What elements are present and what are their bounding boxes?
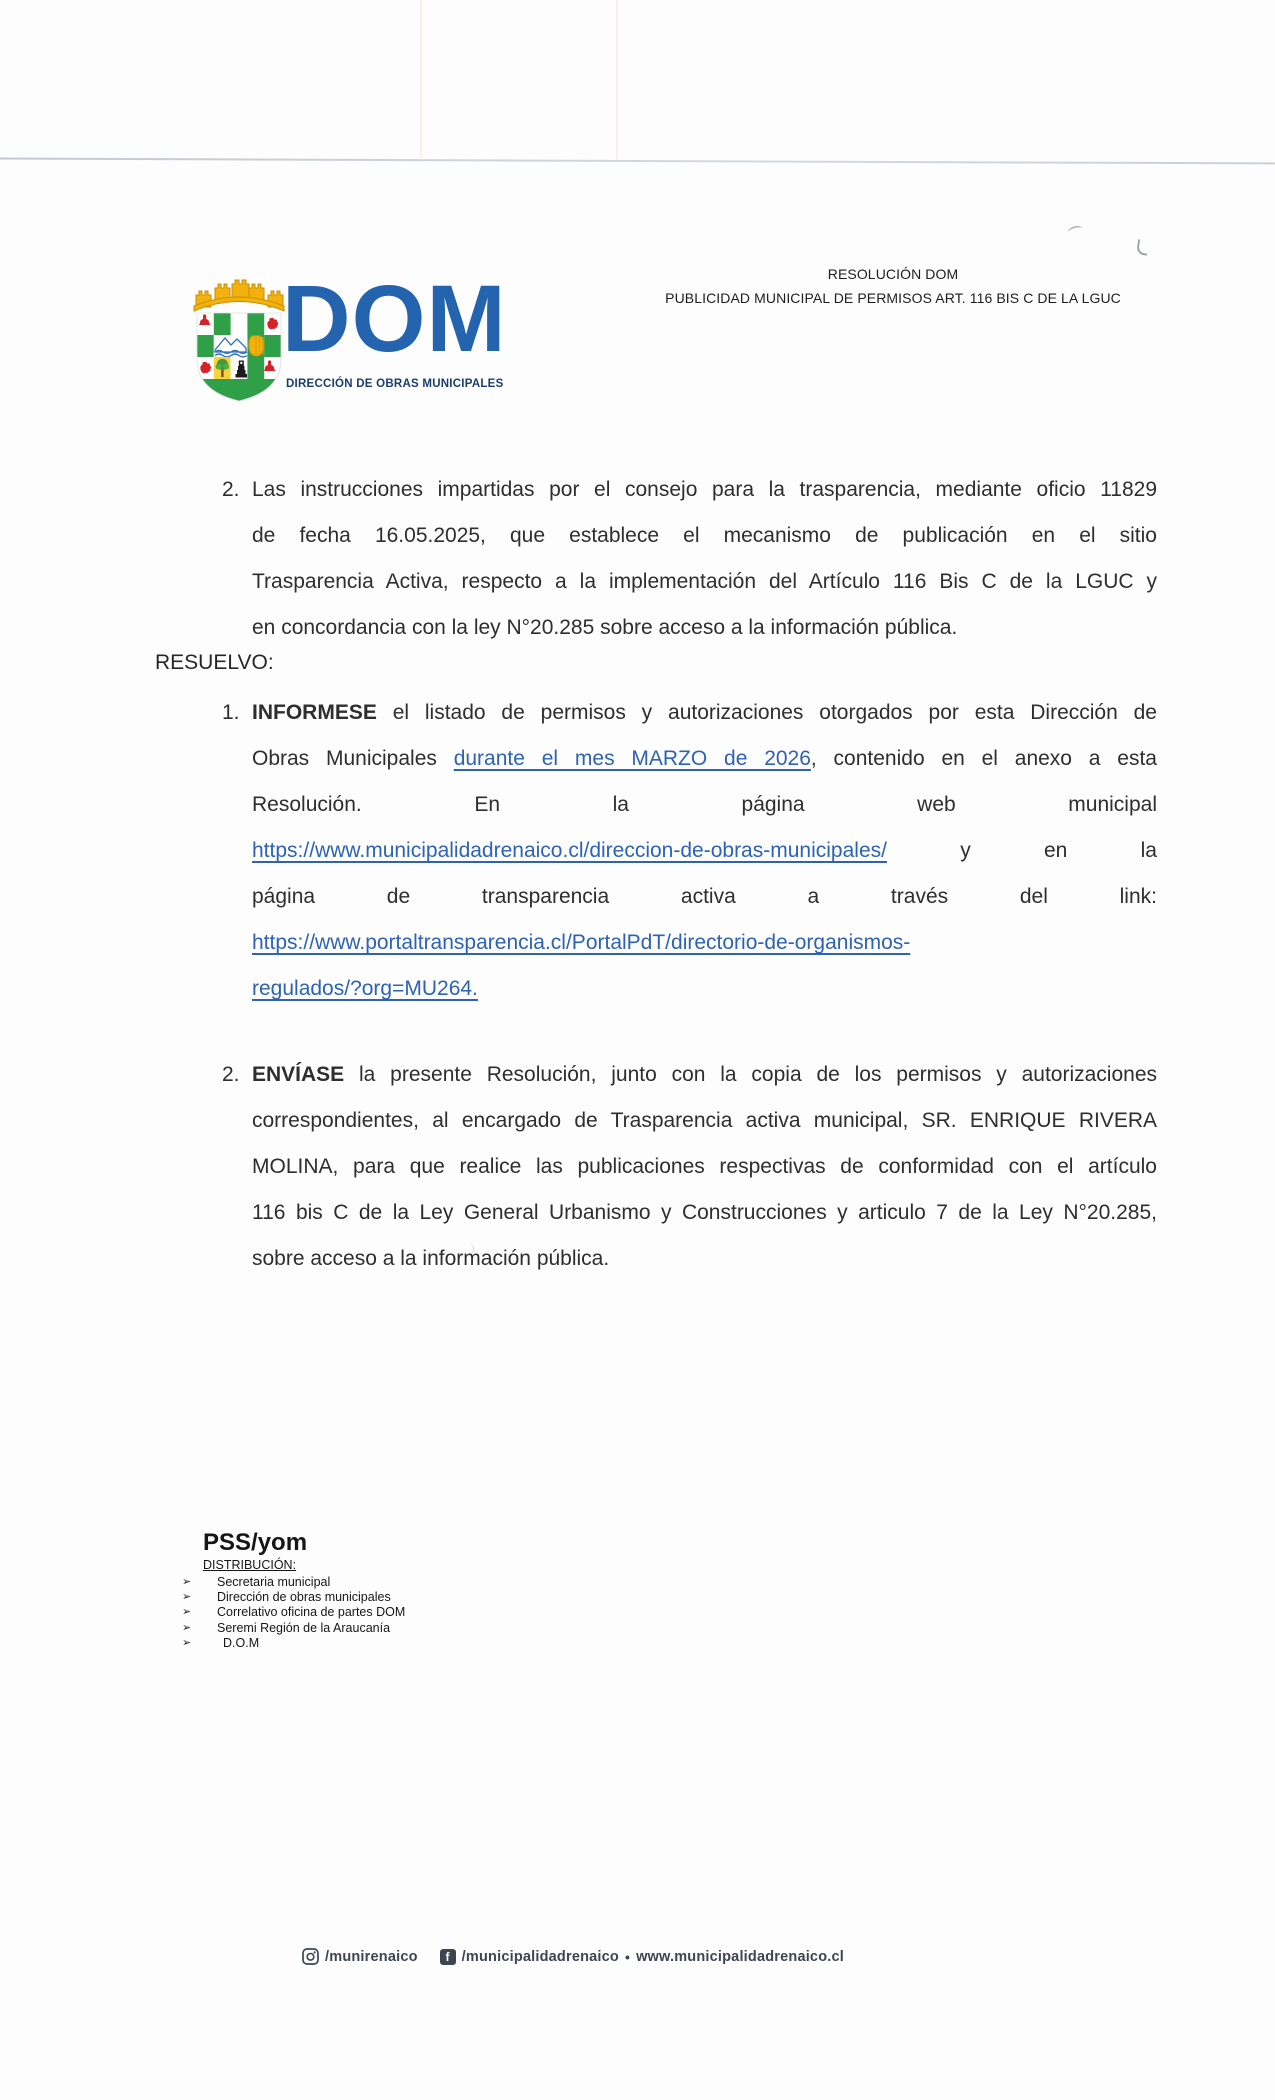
text-line: https://www.municipalidadrenaico.cl/dire… [252,828,1157,874]
text-line: de fecha 16.05.2025, que establece el me… [252,513,1157,559]
text-line: en concordancia con la ley N°20.285 sobr… [252,605,1157,651]
list-number: 2. [222,467,252,513]
resuelvo-heading: RESUELVO: [155,650,274,676]
distribution-list: ➢Secretaria municipal ➢Dirección de obra… [203,1575,405,1651]
arrow-bullet-icon: ➢ [182,1621,191,1636]
pencil-smudge [1067,224,1084,236]
text-line: ENVÍASE la presente Resolución, junto co… [252,1052,1157,1098]
paragraph-resuelvo-2: 2. ENVÍASE la presente Resolución, junto… [252,1052,1157,1282]
paper-crease [616,0,618,160]
website-url[interactable]: www.municipalidadrenaico.cl [636,1949,844,1965]
instagram-handle[interactable]: /munirenaico [325,1949,418,1965]
arrow-bullet-icon: ➢ [182,1636,191,1651]
text-line: regulados/?org=MU264. [252,966,1157,1012]
header-title: RESOLUCIÓN DOM [543,262,1243,286]
transparency-portal-link-continuation[interactable]: regulados/?org=MU264. [252,977,478,1000]
signature-block: PSS/yom DISTRIBUCIÓN: ➢Secretaria munici… [203,1530,405,1651]
header-subtitle: PUBLICIDAD MUNICIPAL DE PERMISOS ART. 11… [543,286,1243,310]
distribution-item: ➢Seremi Región de la Araucanía [203,1621,405,1636]
text-line: Trasparencia Activa, respecto a la imple… [252,559,1157,605]
paragraph-resuelvo-1: 1. INFORMESE el listado de permisos y au… [252,690,1157,1012]
municipal-crest-icon [185,277,293,403]
text-line: Las instrucciones impartidas por el cons… [252,467,1157,513]
drafter-initials: PSS/yom [203,1530,405,1556]
text-line: 116 bis C de la Ley General Urbanismo y … [252,1190,1157,1236]
paragraph-vistos-2: 2. Las instrucciones impartidas por el c… [252,467,1157,651]
distribution-item: ➢Secretaria municipal [203,1575,405,1590]
facebook-handle[interactable]: /municipalidadrenaico [462,1949,619,1965]
document-header: RESOLUCIÓN DOM PUBLICIDAD MUNICIPAL DE P… [543,262,1243,310]
instagram-icon [302,1948,319,1965]
informese-label: INFORMESE [252,701,377,724]
distribution-label: DISTRIBUCIÓN: [203,1558,405,1573]
logo-subtitle: DIRECCIÓN DE OBRAS MUNICIPALES [286,378,504,390]
marzo-2026-underline[interactable]: durante el mes MARZO de 2026 [454,747,811,770]
logo-acronym: DOM [282,280,507,358]
distribution-item: ➢D.O.M [203,1636,405,1651]
text-line: página de transparencia activa a través … [252,874,1157,920]
arrow-bullet-icon: ➢ [182,1575,191,1590]
list-number: 2. [222,1052,252,1098]
dom-logo: DOM DIRECCIÓN DE OBRAS MUNICIPALES [185,277,605,407]
arrow-bullet-icon: ➢ [182,1605,191,1620]
separator-dot: • [625,1949,630,1965]
distribution-item: ➢Dirección de obras municipales [203,1590,405,1605]
pencil-smudge [1136,239,1149,255]
facebook-icon: f [440,1949,456,1965]
list-number: 1. [222,690,252,736]
scan-edge-line [0,158,1275,165]
text-line: https://www.portaltransparencia.cl/Porta… [252,920,1157,966]
scanned-resolution-page: RESOLUCIÓN DOM PUBLICIDAD MUNICIPAL DE P… [0,0,1275,2100]
paper-crease [420,0,422,160]
text-line: INFORMESE el listado de permisos y autor… [252,690,1157,736]
transparency-portal-link[interactable]: https://www.portaltransparencia.cl/Porta… [252,931,910,954]
text-line: sobre acceso a la información pública. [252,1236,1157,1282]
distribution-item: ➢Correlativo oficina de partes DOM [203,1605,405,1620]
enviase-label: ENVÍASE [252,1063,344,1086]
arrow-bullet-icon: ➢ [182,1590,191,1605]
text-line: Obras Municipales durante el mes MARZO d… [252,736,1157,782]
municipality-website-link[interactable]: https://www.municipalidadrenaico.cl/dire… [252,839,887,862]
page-footer: /munirenaico f /municipalidadrenaico • w… [273,1948,873,1965]
text-line: correspondientes, al encargado de Traspa… [252,1098,1157,1144]
text-line: Resolución. En la página web municipal [252,782,1157,828]
text-line: MOLINA, para que realice las publicacion… [252,1144,1157,1190]
